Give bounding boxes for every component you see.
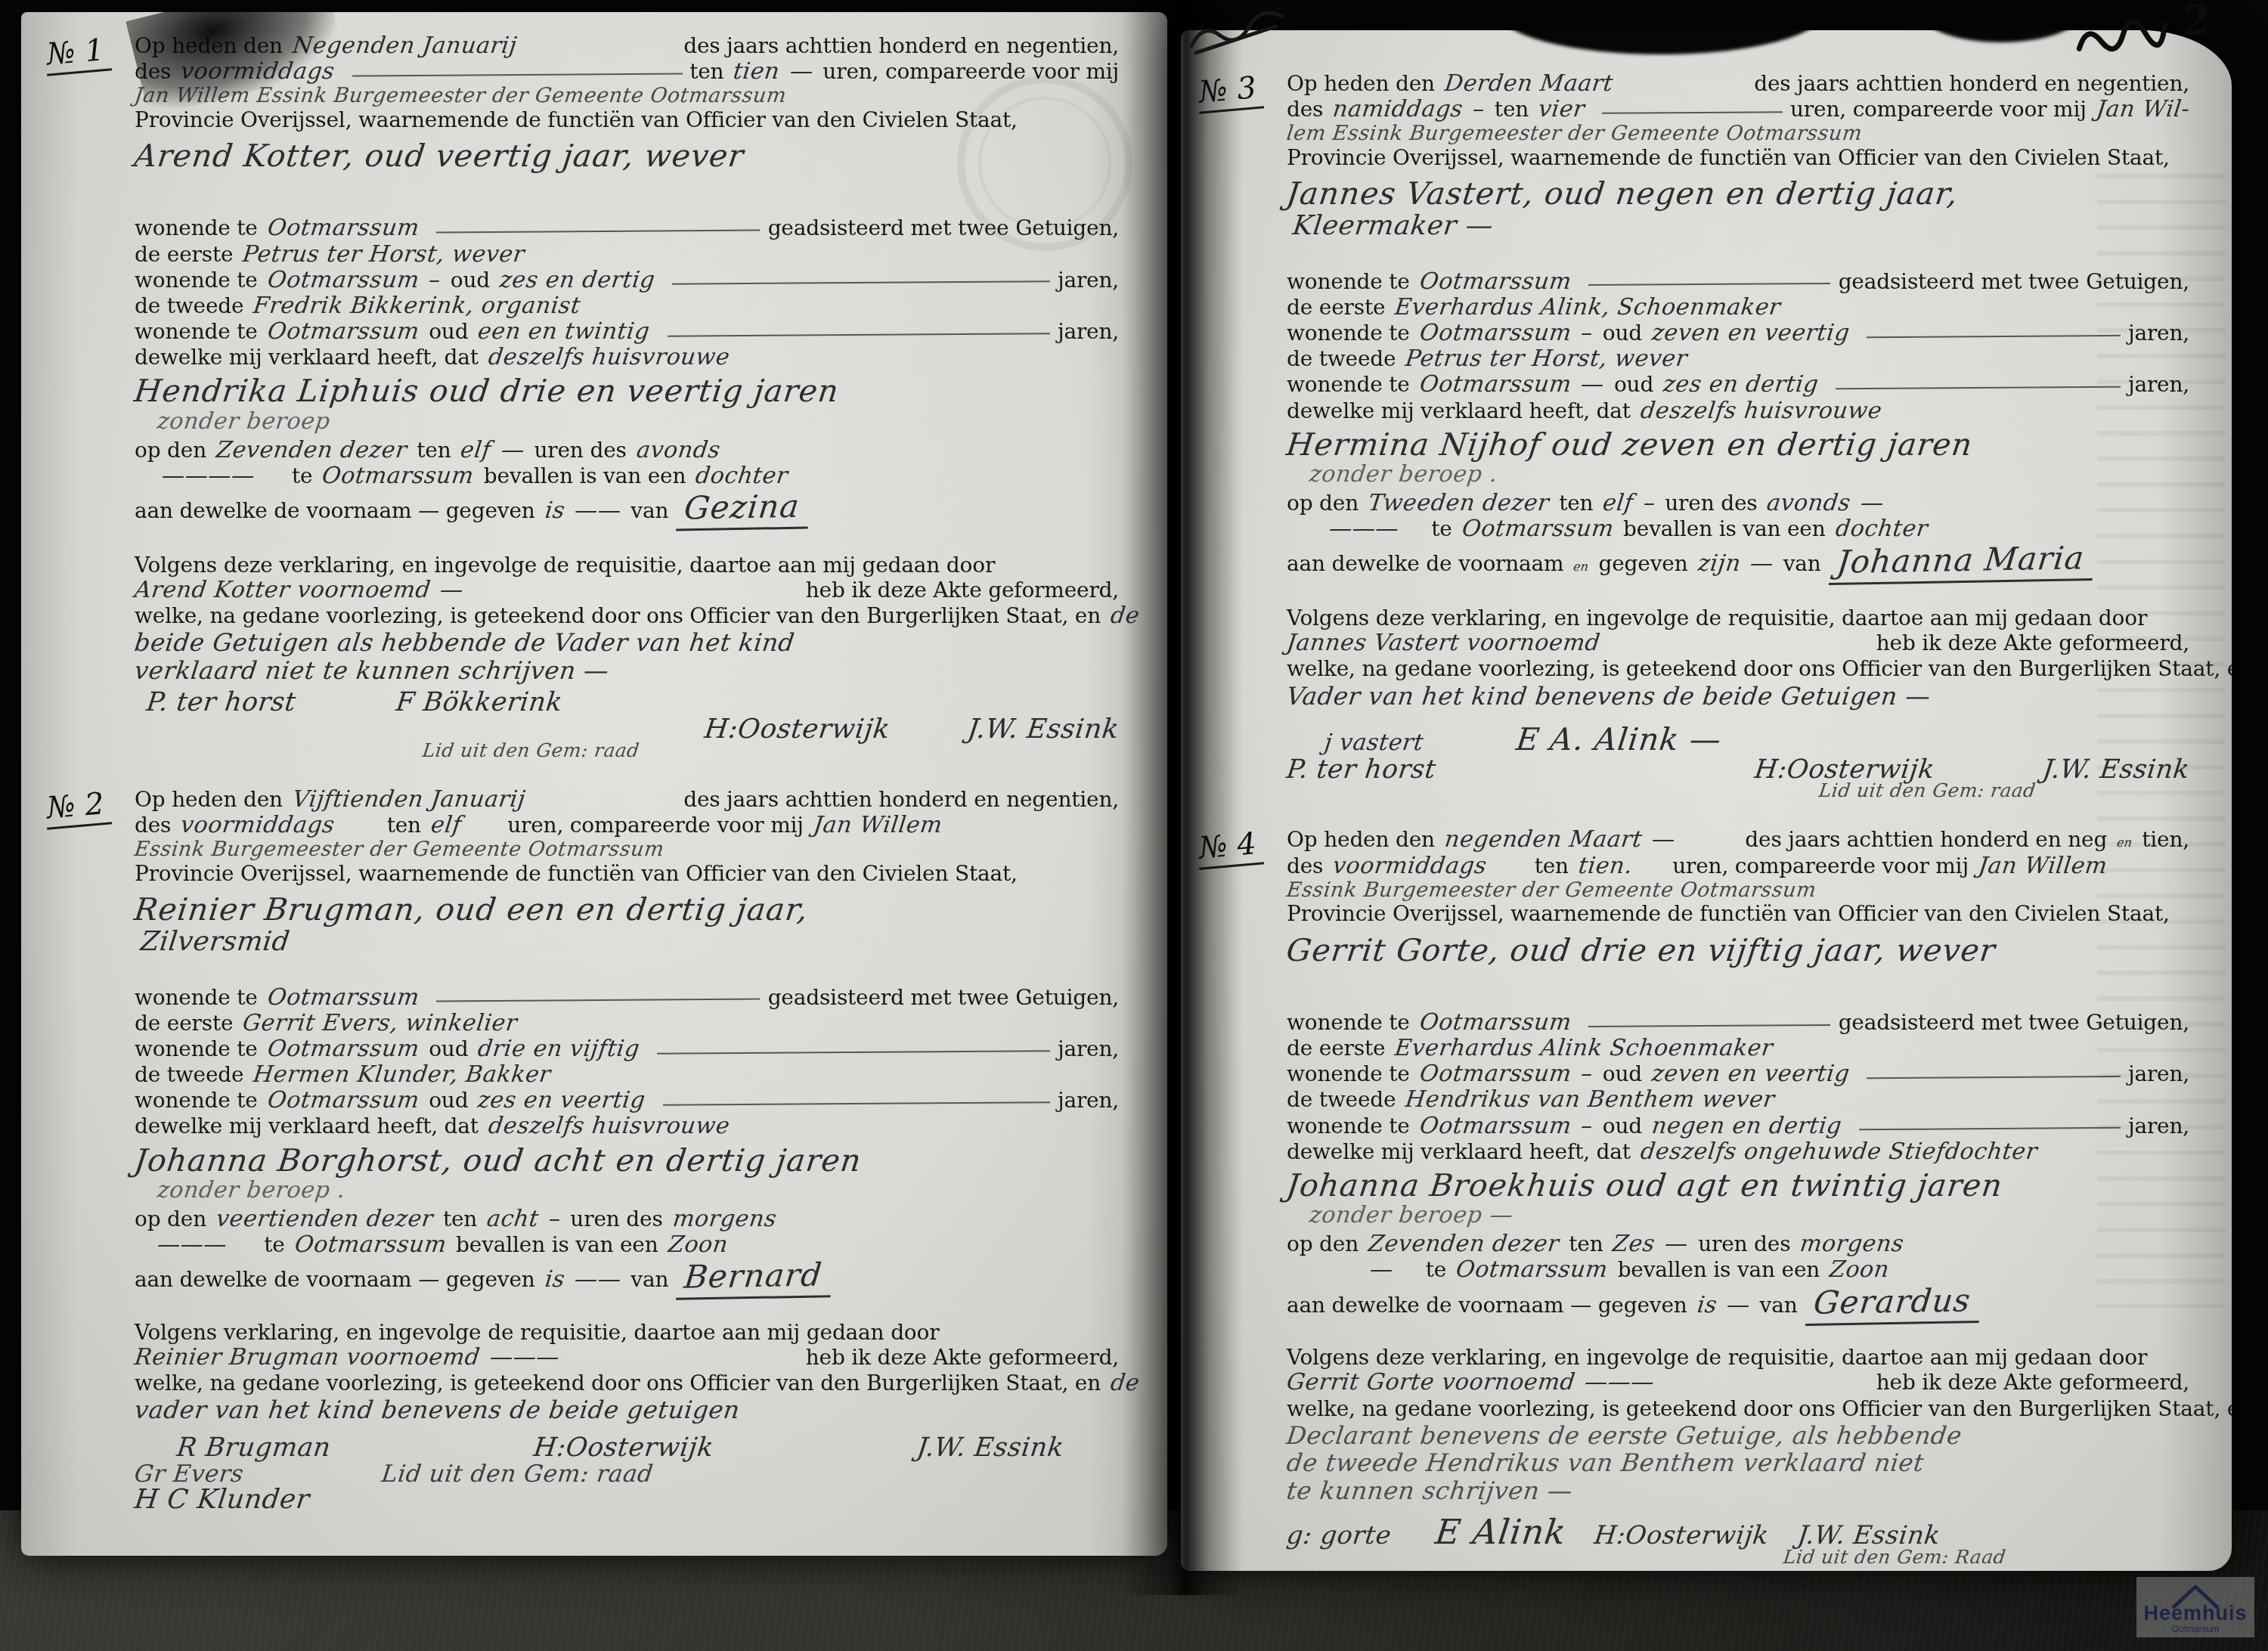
record-line: de tweedeFredrik Bikkerink, organist	[135, 293, 1119, 319]
handwritten-name: Arend Kotter, oud veertig jaar, wever	[132, 138, 746, 173]
handwritten-text: negenden Maart	[1443, 827, 1644, 853]
folio-number: 2	[2180, 0, 2214, 42]
printed-text: geadsisteerd met twee Getuigen,	[768, 986, 1119, 1010]
printed-text: op den	[135, 438, 206, 463]
record-line: zonder beroep .	[135, 1178, 1119, 1203]
record-line: dewelke mij verklaard heeft, datdeszelfs…	[135, 345, 1119, 370]
handwritten-text: Lid uit den Gem: raad	[1818, 780, 2037, 801]
handwritten-text: Hermen Klunder, Bakker	[252, 1062, 553, 1088]
record-line: Jannes Vastert voornoemdheb ik deze Akte…	[1287, 630, 2189, 656]
printed-text: Op heden den	[1287, 72, 1435, 96]
record-line: Gerrit Gorte voornoemd———heb ik deze Akt…	[1287, 1370, 2189, 1395]
spacer	[1287, 780, 1819, 801]
handwritten-text: P. ter horst	[145, 688, 298, 717]
handwritten-text: —	[789, 59, 815, 85]
handwritten-text: Zoon	[1828, 1257, 1891, 1283]
child-name: Bernard	[676, 1256, 835, 1300]
record-line: welke, na gedane voorlezing, is geteeken…	[1287, 656, 2189, 682]
handwritten-text: Zevenden dezer	[215, 438, 408, 463]
record-line: desvoormiddagstentien.uren, compareerde …	[1287, 853, 2189, 879]
handwritten-text: Ootmarssum	[1418, 321, 1573, 346]
record-line: Vader van het kind benevens de beide Get…	[1287, 683, 2189, 711]
handwritten-text: Gerrit Evers, winkelier	[241, 1011, 519, 1036]
handwritten-text: zes en dertig	[1662, 372, 1820, 398]
record-line: Johanna Borghorst, oud acht en dertig ja…	[135, 1143, 1119, 1178]
handwritten-text: ———	[156, 1232, 228, 1258]
record-line: Lid uit den Gem: Raad	[1287, 1547, 2189, 1568]
record-line: wonende teOotmarssumoudeen en twintigjar…	[135, 319, 1119, 345]
record-line: zonder beroep	[135, 409, 1119, 435]
handwritten-text: Ootmarssum	[266, 268, 421, 293]
printed-text: de tweede	[1287, 1088, 1396, 1112]
handwritten-text: tien.	[1577, 853, 1634, 879]
handwritten-text: voormiddags	[179, 813, 336, 838]
watermark-title: Heemhuis	[2143, 1603, 2247, 1624]
record-line: Arend Kotter voornoemd—heb ik deze Akte …	[135, 578, 1119, 603]
printed-text: oud	[1614, 373, 1653, 397]
printed-text: des jaars achttien honderd en negentien,	[683, 34, 1119, 58]
birth-act-2: № 2Op heden denVijftienden Januarijdes j…	[135, 787, 1119, 1516]
printed-text: wonende te	[135, 1089, 258, 1113]
handwritten-text: veertienden dezer	[215, 1206, 435, 1232]
handwritten-text: de	[1109, 603, 1141, 629]
handwritten-text: Ootmarssum	[1418, 1114, 1573, 1139]
record-line: de eerstePetrus ter Horst, wever	[135, 242, 1119, 268]
record-line: de tweede Hendrikus van Benthem verklaar…	[1287, 1449, 2189, 1477]
handwritten-text: –	[1579, 1114, 1594, 1139]
record-line: Gerrit Gorte, oud drie en vijftig jaar, …	[1287, 933, 2189, 968]
handwritten-text: Everhardus Alink Schoenmaker	[1393, 1036, 1774, 1061]
printed-text: oud	[429, 320, 468, 344]
bleedthrough-texture	[2097, 174, 2226, 1308]
record-line: zonder beroep .	[1287, 462, 2189, 488]
printed-text: de eerste	[1287, 1036, 1385, 1061]
record-line: Op heden denVijftienden Januarijdes jaar…	[135, 787, 1119, 813]
handwritten-text: Ootmarssum	[266, 1036, 421, 1062]
spacer	[526, 33, 683, 59]
printed-text: wonende te	[135, 320, 258, 344]
handwritten-text: tien	[732, 59, 781, 85]
handwritten-text: Essink Burgemeester der Gemeente Ootmars…	[1285, 879, 1817, 903]
record-line: te kunnen schrijven —	[1287, 1477, 2189, 1505]
printed-text: heb ik deze Akte geformeerd,	[1876, 1371, 2189, 1395]
handwritten-name: Jannes Vastert, oud negen en dertig jaar…	[1284, 176, 1960, 211]
printed-text: Provincie Overijssel, waarnemende de fun…	[135, 108, 1018, 132]
printed-text: te	[264, 1233, 284, 1257]
ruled-dash-line	[1859, 321, 2128, 346]
record-line: welke, na gedane voorlezing, is geteeken…	[135, 1371, 1119, 1396]
printed-text: welke, na gedane voorlezing, is geteeken…	[1287, 657, 2232, 681]
ruled-dash-line	[665, 268, 1058, 293]
record-line: aan dewelke de voornaam — gegevenis——van…	[135, 1258, 1119, 1299]
archive-watermark: Heemhuis Ootmarsum	[2136, 1577, 2254, 1637]
handwritten-name: Hermina Nijhof oud zeven en dertig jaren	[1284, 427, 1975, 462]
record-line: aan dewelke de voornaam — gegevenis——van…	[135, 489, 1119, 530]
record-line: wonende teOotmarssum–oudzeven en veertig…	[1287, 1061, 2189, 1087]
handwritten-text: deszelfs huisvrouwe	[487, 345, 731, 370]
record-line: Lid uit den Gem: raad	[135, 740, 1119, 761]
printed-text: van	[1760, 1293, 1798, 1318]
handwritten-text: Lid uit den Gem: raad	[421, 740, 640, 761]
record-line: Essink Burgemeester der Gemeente Ootmars…	[1287, 879, 2189, 903]
printed-text: uren, compareerde voor mij	[507, 813, 804, 838]
handwritten-text: —	[1368, 1257, 1395, 1283]
record-line: Op heden dennegenden Maart—des jaars ach…	[1287, 827, 2189, 853]
record-line: Declarant benevens de eerste Getuige, al…	[1287, 1422, 2189, 1450]
ruled-dash-line	[429, 215, 767, 241]
record-line: op denZevenden dezertenelf—uren desavond…	[135, 438, 1119, 463]
printed-text: wonende te	[1287, 1011, 1410, 1035]
handwritten-text: dochter	[694, 463, 789, 489]
handwritten-text: elf	[1601, 491, 1634, 516]
spacer	[649, 740, 937, 761]
handwritten-text: beide Getuigen als hebbende de Vader van…	[133, 629, 796, 657]
record-line: wonende teOotmarssumgeadsisteerd met twe…	[1287, 269, 2189, 295]
handwritten-text: elf	[429, 813, 463, 838]
printed-text: op den	[1287, 1232, 1359, 1256]
record-line: ———teOotmarssumbevallen is van eenZoon	[135, 1232, 1119, 1258]
handwritten-text: acht	[485, 1206, 541, 1232]
handwritten-text: dochter	[1833, 516, 1929, 542]
record-line: wonende teOotmarssumgeadsisteerd met twe…	[135, 215, 1119, 241]
printed-text: bevallen is van een	[1618, 1258, 1820, 1282]
ruled-dash-line	[1859, 1061, 2128, 1087]
printed-text: aan dewelke de voornaam	[1287, 552, 1563, 576]
record-line: de eersteGerrit Evers, winkelier	[135, 1011, 1119, 1036]
printed-text: ten	[1535, 854, 1569, 878]
left-page-content: № 1Op heden denNegenden Januarijdes jaar…	[21, 12, 1167, 1556]
handwritten-text: –	[1642, 491, 1657, 516]
handwritten-text: H C Klunder	[133, 1485, 311, 1515]
handwritten-text: Lid uit den Gem: Raad	[1782, 1547, 2007, 1568]
printed-text: oud	[429, 1089, 468, 1113]
record-line: aan dewelke de voornaamengegevenzijn—van…	[1287, 542, 2189, 583]
printed-text: wonende te	[135, 216, 258, 240]
handwritten-text: ————	[160, 463, 256, 489]
handwritten-text: F Bökkerink	[395, 688, 564, 717]
right-page-content: № 3Op heden denDerden Maartdes jaars ach…	[1181, 30, 2232, 1571]
printed-text: des	[135, 813, 171, 838]
handwritten-text: Ootmarssum	[293, 1232, 448, 1258]
left-page: № 1Op heden denNegenden Januarijdes jaar…	[21, 12, 1167, 1556]
printed-text: van	[631, 1268, 668, 1292]
printed-text: de tweede	[1287, 347, 1396, 371]
printed-text: bevallen is van een	[484, 464, 686, 488]
printed-text: de tweede	[135, 1063, 243, 1087]
spacer	[340, 1433, 534, 1463]
printed-text: dewelke mij verklaard heeft, dat	[1287, 1140, 1631, 1164]
record-line: dewelke mij verklaard heeft, datdeszelfs…	[1287, 398, 2189, 424]
handwritten-text: verklaard niet te kunnen schrijven —	[133, 657, 611, 685]
handwritten-text: morgens	[1799, 1231, 1905, 1257]
handwritten-text: Zoon	[666, 1232, 729, 1258]
spacer	[1622, 71, 1754, 97]
handwritten-text: Ootmarssum	[1455, 1257, 1610, 1283]
spacer	[663, 1461, 1119, 1488]
record-line: Reinier Brugman, oud een en dertig jaar,	[135, 892, 1119, 927]
handwritten-text: zonder beroep —	[1308, 1203, 1515, 1228]
record-line: op denTweeden dezertenelf–uren desavonds…	[1287, 491, 2189, 516]
record-line: op denveertienden dezertenacht–uren desm…	[135, 1206, 1119, 1232]
ruled-dash-line	[1581, 269, 1838, 295]
handwritten-text: Ootmarssum	[1418, 372, 1573, 398]
handwritten-text: ———	[1583, 1370, 1656, 1395]
printed-text: des	[1287, 98, 1323, 122]
spacer	[135, 740, 423, 761]
handwritten-text: H:Oosterwijk	[1592, 1521, 1770, 1550]
record-line: desvoormiddagstenelfuren, compareerde vo…	[135, 813, 1119, 838]
handwritten-text: een en twintig	[476, 319, 651, 345]
handwritten-text: is	[1696, 1293, 1718, 1318]
handwritten-text: Fredrik Bikkerink, organist	[252, 293, 582, 319]
handwritten-text: J.W. Essink	[1796, 1521, 1942, 1550]
printed-text: de eerste	[135, 1011, 233, 1036]
handwritten-name: Gerrit Gorte, oud drie en vijftig jaar, …	[1284, 933, 1997, 968]
handwritten-text: is	[544, 1267, 566, 1293]
record-line: ———teOotmarssumbevallen is van eendochte…	[1287, 516, 2189, 542]
printed-text: welke, na gedane voorlezing, is geteeken…	[135, 1371, 1101, 1395]
handwritten-text: Ootmarssum	[1461, 516, 1616, 542]
printed-text: uren des	[1698, 1232, 1790, 1256]
printed-text: welke, na gedane voorlezing, is geteeken…	[135, 604, 1101, 628]
record-line: welke, na gedane voorlezing, is geteeken…	[135, 603, 1119, 629]
handwritten-text: Zilversmid	[139, 927, 292, 957]
ruled-dash-line	[649, 1036, 1058, 1062]
record-line: wonende teOotmarssumgeadsisteerd met twe…	[135, 985, 1119, 1011]
handwritten-text: Ootmarssum	[321, 463, 476, 489]
record-line: H C Klunder	[135, 1485, 1119, 1515]
printed-text: dewelke mij verklaard heeft, dat	[1287, 399, 1631, 423]
printed-text: Op heden den	[1287, 828, 1435, 852]
handwritten-text: de	[1109, 1371, 1141, 1396]
printed-text: wonende te	[1287, 321, 1410, 345]
spacer	[1685, 827, 1746, 853]
record-line: de eersteEverhardus Alink, Schoenmaker	[1287, 295, 2189, 321]
handwritten-text: ———	[1328, 516, 1400, 542]
handwritten-text: H:Oosterwijk	[532, 1433, 716, 1463]
handwritten-text: Ootmarssum	[1418, 269, 1573, 295]
printed-text: uren, compareerde voor mij	[1790, 98, 2087, 122]
handwritten-text: Vader van het kind benevens de beide Get…	[1285, 683, 1932, 711]
handwritten-text: deszelfs huisvrouwe	[1639, 398, 1883, 424]
printed-text: Provincie Overijssel, waarnemende de fun…	[1287, 902, 2170, 926]
handwritten-text: Reinier Brugman voornoemd	[133, 1345, 482, 1371]
printed-text: aan dewelke de voornaam — gegeven	[1287, 1293, 1687, 1318]
printed-text: dewelke mij verklaard heeft, dat	[135, 1114, 479, 1138]
handwritten-text: Essink Burgemeester der Gemeente Ootmars…	[133, 838, 665, 862]
ruled-dash-line	[429, 985, 767, 1011]
ruled-dash-line	[345, 59, 690, 85]
record-line: wonende teOotmarssum–oudzes en dertigjar…	[135, 268, 1119, 293]
handwritten-text: –	[1471, 97, 1486, 122]
handwritten-text: R Brugman	[175, 1433, 333, 1463]
handwritten-text: avonds	[635, 438, 722, 463]
handwritten-text: ——	[573, 1267, 623, 1293]
child-name: Gerardus	[1805, 1282, 1982, 1326]
printed-text: Provincie Overijssel, waarnemende de fun…	[135, 862, 1018, 886]
printed-text: des jaars achttien honderd en negentien,	[683, 788, 1119, 812]
act-number: № 2	[44, 785, 112, 829]
printed-text: ten	[1495, 98, 1529, 122]
spacer	[1665, 1370, 1876, 1395]
handwritten-text: elf	[459, 438, 492, 463]
handwritten-text: g: gorte	[1285, 1521, 1393, 1550]
printed-text: te	[1426, 1258, 1446, 1282]
spacer	[569, 1345, 806, 1371]
record-line: beide Getuigen als hebbende de Vader van…	[135, 629, 1119, 657]
handwritten-text: Zevenden dezer	[1367, 1231, 1560, 1257]
handwritten-text: —	[1725, 1293, 1752, 1318]
printed-text: wonende te	[135, 268, 258, 293]
printed-text: uren des	[570, 1207, 662, 1231]
handwritten-text: Ootmarssum	[266, 215, 421, 241]
act-number: № 4	[1196, 826, 1264, 870]
record-line: R BrugmanH:OosterwijkJ.W. Essink	[135, 1433, 1119, 1463]
printed-text: Volgens deze verklaring, en ingevolge de…	[1287, 1346, 2147, 1370]
printed-text: ten	[1569, 1232, 1603, 1256]
record-line: wonende teOotmarssum—oudzes en dertigjar…	[1287, 372, 2189, 398]
printed-text: gegeven	[1599, 552, 1688, 576]
record-line: Provincie Overijssel, waarnemende de fun…	[1287, 146, 2189, 170]
handwritten-text: Petrus ter Horst, wever	[241, 242, 526, 268]
printed-text: ten	[1559, 491, 1593, 516]
record-line: wonende teOotmarssumoudzes en veertigjar…	[135, 1088, 1119, 1114]
record-line: wonende teOotmarssumgeadsisteerd met twe…	[1287, 1010, 2189, 1036]
handwritten-text: lem Essink Burgemeester der Gemeente Oot…	[1285, 122, 1864, 146]
printed-text: van	[1783, 552, 1821, 576]
record-line: Jannes Vastert, oud negen en dertig jaar…	[1287, 176, 2189, 211]
handwritten-text: Jan Willem	[1977, 853, 2109, 879]
printed-text: jaren,	[1058, 1089, 1119, 1113]
handwritten-name: Hendrika Liphuis oud drie en veertig jar…	[132, 373, 841, 408]
handwritten-text: —	[1579, 372, 1606, 398]
record-line: vader van het kind benevens de beide get…	[135, 1396, 1119, 1424]
handwritten-text: ———	[488, 1345, 561, 1371]
record-line: de eersteEverhardus Alink Schoenmaker	[1287, 1036, 2189, 1061]
spacer	[1610, 630, 1876, 656]
handwritten-name: Johanna Borghorst, oud acht en dertig ja…	[132, 1143, 863, 1178]
handwritten-correction: en	[1572, 560, 1589, 574]
birth-act-3: № 3Op heden denDerden Maartdes jaars ach…	[1287, 71, 2189, 801]
printed-text: wonende te	[135, 1037, 258, 1061]
handwritten-text: te kunnen schrijven —	[1285, 1477, 1575, 1505]
printed-text: te	[1431, 517, 1452, 541]
embossed-seal	[957, 76, 1132, 251]
handwritten-text: morgens	[671, 1206, 777, 1232]
handwritten-text: vader van het kind benevens de beide get…	[133, 1396, 742, 1424]
record-line: P. ter horstF Bökkerink	[135, 688, 1119, 717]
handwritten-text: Ootmarssum	[266, 1088, 421, 1114]
record-line: Volgens verklaring, en ingevolge de requ…	[135, 1321, 1119, 1345]
record-line: aan dewelke de voornaam — gegevenis—vanG…	[1287, 1284, 2189, 1324]
record-line: op denZevenden dezertenZes—uren desmorge…	[1287, 1231, 2189, 1257]
handwritten-text: Vijftienden Januarij	[291, 787, 527, 813]
handwritten-text: Jannes Vastert voornoemd	[1285, 630, 1602, 656]
child-name: Johanna Maria	[1828, 540, 2096, 586]
printed-text: Volgens deze verklaring, en ingevolge de…	[135, 553, 995, 578]
record-line: Op heden denDerden Maartdes jaars achtti…	[1287, 71, 2189, 97]
handwritten-text: Everhardus Alink, Schoenmaker	[1393, 295, 1782, 321]
record-line: dewelke mij verklaard heeft, datdeszelfs…	[135, 1114, 1119, 1139]
record-line: ————teOotmarssumbevallen is van eendocht…	[135, 463, 1119, 489]
printed-text: ten	[689, 60, 723, 84]
printed-text: uren des	[534, 438, 626, 463]
handwritten-text: drie en vijftig	[476, 1036, 641, 1062]
record-line: Essink Burgemeester der Gemeente Ootmars…	[135, 838, 1119, 862]
printed-text: oud	[1603, 1062, 1642, 1086]
child-name: Gezina	[676, 488, 812, 531]
printed-text: op den	[1287, 491, 1359, 516]
printed-text: de tweede	[135, 294, 243, 318]
act-number: № 3	[1196, 70, 1264, 113]
handwritten-text: Declarant benevens de eerste Getuige, al…	[1285, 1422, 1964, 1450]
record-line: Hendrika Liphuis oud drie en veertig jar…	[135, 373, 1119, 408]
ruled-dash-line	[1851, 1114, 2128, 1139]
printed-text: des	[1287, 854, 1323, 878]
printed-text: dewelke mij verklaard heeft, dat	[135, 345, 479, 370]
printed-text: ten	[387, 813, 421, 838]
act-number: № 1	[44, 32, 112, 76]
printed-text: ten	[443, 1207, 477, 1231]
handwritten-text: deszelfs ongehuwde Stiefdochter	[1639, 1139, 2039, 1165]
handwritten-text: zonder beroep	[156, 409, 332, 435]
record-line: Reinier Brugman voornoemd———heb ik deze …	[135, 1345, 1119, 1371]
printed-text: de eerste	[135, 243, 233, 267]
record-line: Provincie Overijssel, waarnemende de fun…	[135, 862, 1119, 886]
handwritten-text: Ootmarssum	[1418, 1010, 1573, 1036]
spacer	[535, 787, 684, 813]
printed-text: wonende te	[135, 986, 258, 1010]
printed-text: wonende te	[1287, 270, 1410, 294]
record-line: de tweedeHendrikus van Benthem wever	[1287, 1087, 2189, 1113]
handwritten-name: E Alink	[1433, 1513, 1569, 1551]
printed-text: bevallen is van een	[456, 1233, 658, 1257]
printed-text: welke, na gedane voorlezing, is geteeken…	[1287, 1397, 2232, 1421]
printed-text: bevallen is van een	[1623, 517, 1825, 541]
handwritten-name: Reinier Brugman, oud een en dertig jaar,	[132, 892, 810, 927]
handwritten-text: —	[1749, 551, 1775, 577]
record-line: —teOotmarssumbevallen is van eenZoon	[1287, 1257, 2189, 1283]
handwritten-text: namiddags	[1331, 97, 1464, 122]
handwritten-text: zes en veertig	[476, 1088, 647, 1114]
ruled-dash-line	[660, 319, 1058, 345]
handwritten-text: Zes	[1611, 1231, 1656, 1257]
record-line: Volgens deze verklaring, en ingevolge de…	[1287, 1346, 2189, 1370]
handwritten-text: —	[438, 578, 465, 603]
handwritten-text: Gerrit Gorte voornoemd	[1285, 1370, 1577, 1395]
record-line: welke, na gedane voorlezing, is geteeken…	[1287, 1396, 2189, 1422]
printed-text: van	[631, 499, 668, 523]
record-line: desnamiddags–tenvieruren, compareerde vo…	[1287, 97, 2189, 122]
handwritten-text: zonder beroep .	[156, 1178, 347, 1203]
record-line: g: gorteE AlinkH:OosterwijkJ.W. Essink	[1287, 1513, 2189, 1551]
record-line: dewelke mij verklaard heeft, datdeszelfs…	[1287, 1139, 2189, 1165]
printed-text: des jaars achttien honderd en neg	[1745, 828, 2107, 852]
handwritten-text: j vastert	[1323, 730, 1425, 756]
handwritten-text: –	[547, 1206, 562, 1232]
handwritten-text: Petrus ter Horst, wever	[1404, 346, 1689, 372]
record-line: Zilversmid	[135, 927, 1119, 957]
printed-text: Provincie Overijssel, waarnemende de fun…	[1287, 146, 2170, 170]
printed-text: Op heden den	[135, 788, 283, 812]
record-line: Volgens deze verklaring, en ingevolge de…	[135, 553, 1119, 578]
handwritten-text: ——	[573, 498, 623, 524]
printed-text: ten	[417, 438, 451, 463]
printed-text: Volgens verklaring, en ingevolge de requ…	[135, 1321, 939, 1345]
handwritten-text: Jan Wil-	[2095, 97, 2192, 122]
handwritten-text: zeven en veertig	[1650, 321, 1851, 346]
handwritten-text: Lid uit den Gem: raad	[380, 1461, 655, 1488]
